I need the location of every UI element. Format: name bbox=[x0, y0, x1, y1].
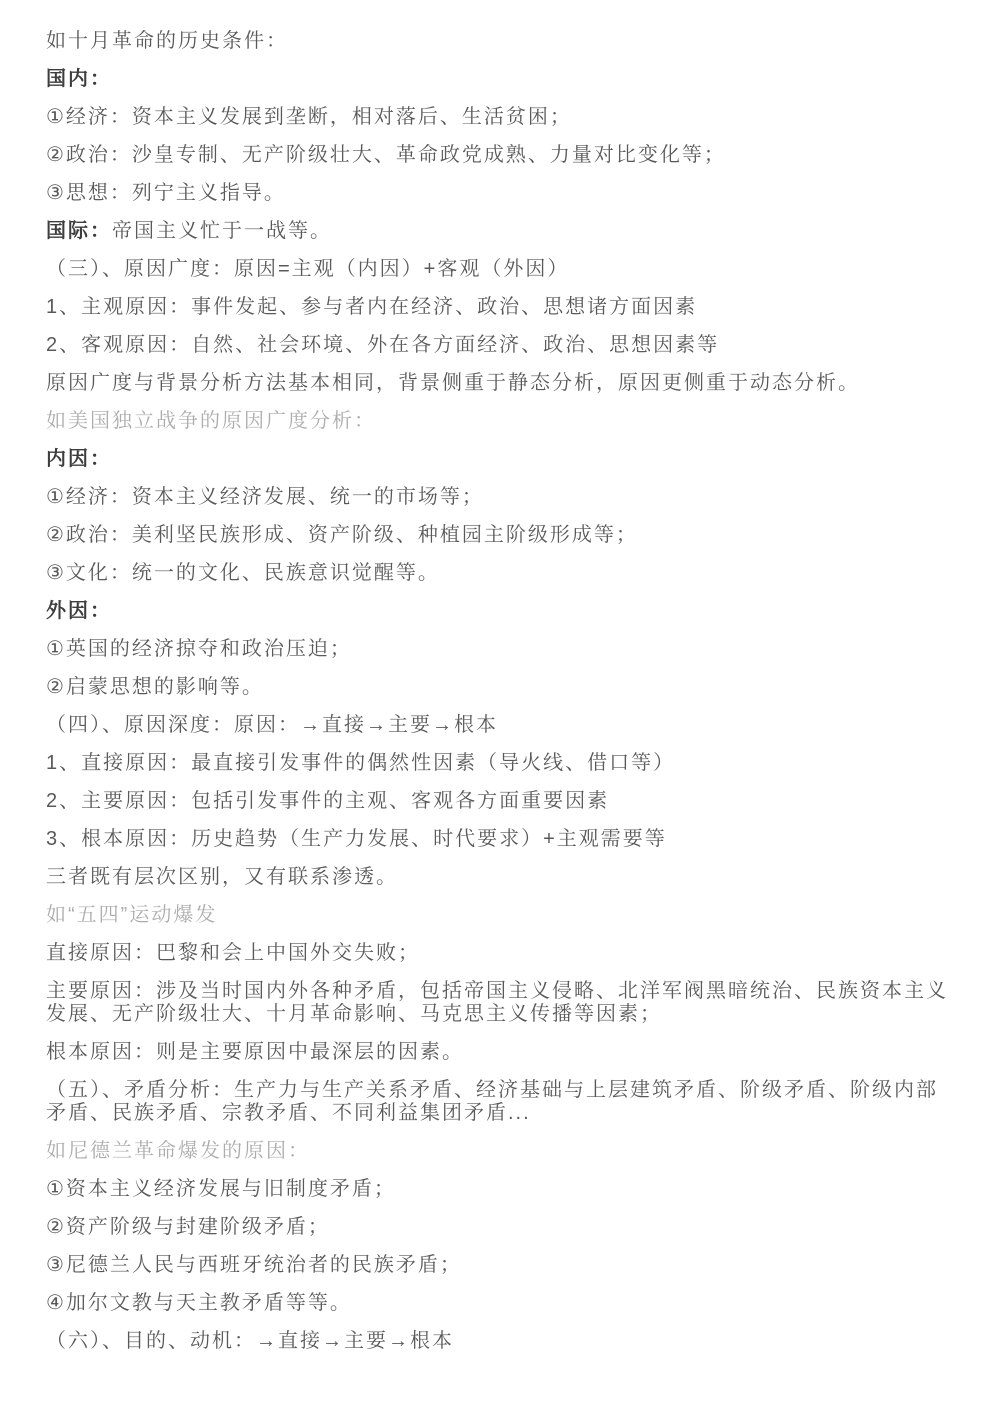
body-paragraph: 直接原因：巴黎和会上中国外交失败； bbox=[46, 942, 950, 965]
paragraph-label: 国际： bbox=[46, 220, 112, 242]
body-paragraph: ②启蒙思想的影响等。 bbox=[46, 676, 950, 699]
body-paragraph: 原因广度与背景分析方法基本相同，背景侧重于静态分析，原因更侧重于动态分析。 bbox=[46, 372, 950, 395]
body-paragraph: 3、根本原因：历史趋势（生产力发展、时代要求）+主观需要等 bbox=[46, 828, 950, 851]
body-paragraph: ④加尔文教与天主教矛盾等等。 bbox=[46, 1292, 950, 1315]
body-paragraph: 根本原因：则是主要原因中最深层的因素。 bbox=[46, 1041, 950, 1064]
body-paragraph: 主要原因：涉及当时国内外各种矛盾，包括帝国主义侵略、北洋军阀黑暗统治、民族资本主… bbox=[46, 980, 950, 1026]
section-heading: （五）、矛盾分析：生产力与生产关系矛盾、经济基础与上层建筑矛盾、阶级矛盾、阶级内… bbox=[46, 1079, 950, 1125]
body-paragraph: ②政治：美利坚民族形成、资产阶级、种植园主阶级形成等； bbox=[46, 524, 950, 547]
section-subheading: 内因： bbox=[46, 448, 950, 471]
body-paragraph: 如十月革命的历史条件： bbox=[46, 30, 950, 53]
document-body: 如十月革命的历史条件：国内：①经济：资本主义发展到垄断，相对落后、生活贫困；②政… bbox=[46, 30, 950, 1353]
body-paragraph: ③思想：列宁主义指导。 bbox=[46, 182, 950, 205]
document-page: 如十月革命的历史条件：国内：①经济：资本主义发展到垄断，相对落后、生活贫困；②政… bbox=[0, 0, 992, 1403]
example-note: 如美国独立战争的原因广度分析： bbox=[46, 410, 950, 433]
body-paragraph: 2、客观原因：自然、社会环境、外在各方面经济、政治、思想因素等 bbox=[46, 334, 950, 357]
body-paragraph: 三者既有层次区别，又有联系渗透。 bbox=[46, 866, 950, 889]
section-heading: （三）、原因广度：原因=主观（内因）+客观（外因） bbox=[46, 258, 950, 281]
body-paragraph: ①资本主义经济发展与旧制度矛盾； bbox=[46, 1178, 950, 1201]
section-heading: （六）、目的、动机：→直接→主要→根本 bbox=[46, 1330, 950, 1353]
example-note: 如尼德兰革命爆发的原因： bbox=[46, 1140, 950, 1163]
body-paragraph: 2、主要原因：包括引发事件的主观、客观各方面重要因素 bbox=[46, 790, 950, 813]
body-paragraph: ①经济：资本主义发展到垄断，相对落后、生活贫困； bbox=[46, 106, 950, 129]
body-paragraph: ②政治：沙皇专制、无产阶级壮大、革命政党成熟、力量对比变化等； bbox=[46, 144, 950, 167]
body-paragraph: 1、直接原因：最直接引发事件的偶然性因素（导火线、借口等） bbox=[46, 752, 950, 775]
section-subheading: 外因： bbox=[46, 600, 950, 623]
body-paragraph: ③尼德兰人民与西班牙统治者的民族矛盾； bbox=[46, 1254, 950, 1277]
body-paragraph: ③文化：统一的文化、民族意识觉醒等。 bbox=[46, 562, 950, 585]
section-heading: （四）、原因深度：原因：→直接→主要→根本 bbox=[46, 714, 950, 737]
body-paragraph: ①经济：资本主义经济发展、统一的市场等； bbox=[46, 486, 950, 509]
labeled-paragraph: 国际：帝国主义忙于一战等。 bbox=[46, 220, 950, 243]
body-paragraph: ①英国的经济掠夺和政治压迫； bbox=[46, 638, 950, 661]
body-paragraph: 1、主观原因：事件发起、参与者内在经济、政治、思想诸方面因素 bbox=[46, 296, 950, 319]
paragraph-text: 帝国主义忙于一战等。 bbox=[112, 220, 332, 242]
body-paragraph: ②资产阶级与封建阶级矛盾； bbox=[46, 1216, 950, 1239]
section-subheading: 国内： bbox=[46, 68, 950, 91]
example-note: 如“五四”运动爆发 bbox=[46, 904, 950, 927]
